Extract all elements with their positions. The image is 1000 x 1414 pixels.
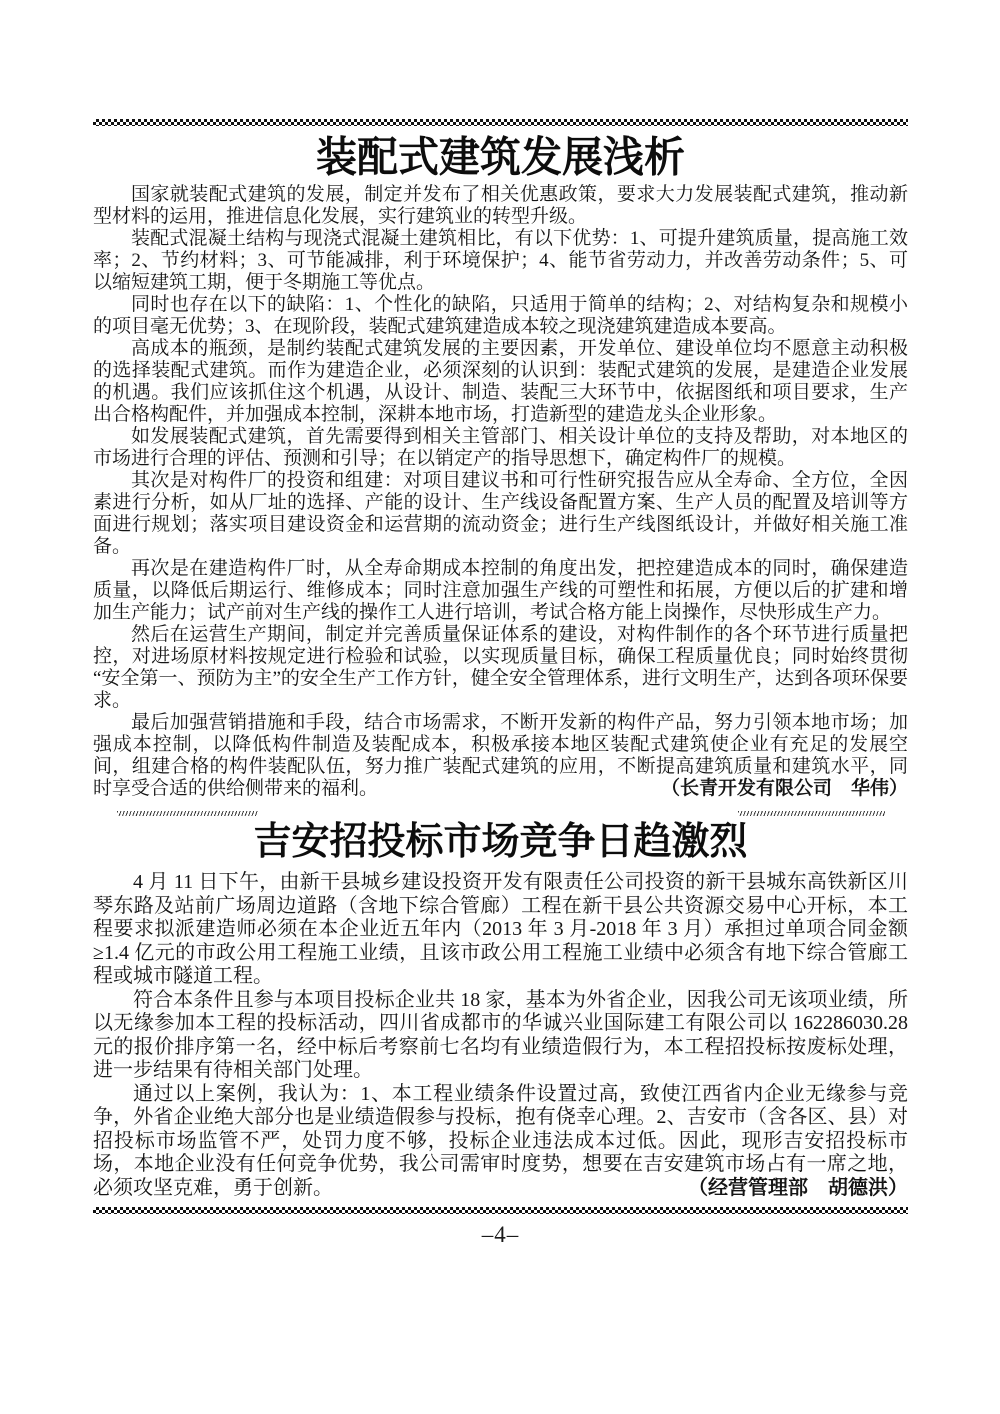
article1-title: 装配式建筑发展浅析 [93, 132, 908, 181]
article1-paragraph-8: 然后在运营生产期间，制定并完善质量保证体系的建设，对构件制作的各个环节进行质量把… [93, 624, 908, 712]
article1-paragraph-2: 装配式混凝土结构与现浇式混凝土建筑相比，有以下优势：1、可提升建筑质量，提高施工… [93, 228, 908, 294]
article1-paragraph-6: 其次是对构件厂的投资和组建：对项目建议书和可行性研究报告应从全寿命、全方位，全因… [93, 470, 908, 558]
article1-attribution: （长青开发有限公司 华伟） [661, 778, 908, 800]
article1-paragraph-1: 国家就装配式建筑的发展，制定并发布了相关优惠政策，要求大力发展装配式建筑，推动新… [93, 184, 908, 228]
article2-title: 吉安招投标市场竞争日趋激烈 [93, 819, 908, 866]
article2-attribution: （经营管理部 胡德洪） [688, 1177, 908, 1201]
page-number: –4– [93, 1222, 908, 1248]
article-divider [93, 808, 908, 818]
article2-paragraph-1: 4 月 11 日下午，由新干县城乡建设投资开发有限责任公司投资的新干县城东高铁新… [93, 871, 908, 989]
article1-paragraph-5: 如发展装配式建筑，首先需要得到相关主管部门、相关设计单位的支持及帮助，对本地区的… [93, 426, 908, 470]
hatch-divider-right [738, 811, 885, 816]
article1-paragraph-7: 再次是在建造构件厂时，从全寿命期成本控制的角度出发，把控建造成本的同时，确保建造… [93, 558, 908, 624]
article-bidding-market: 吉安招投标市场竞争日趋激烈 4 月 11 日下午，由新干县城乡建设投资开发有限责… [93, 819, 908, 1200]
article1-paragraph-9: 最后加强营销措施和手段，结合市场需求，不断开发新的构件产品，努力引领本地市场；加… [93, 712, 908, 800]
top-border-rule [93, 119, 908, 126]
article2-paragraph-2: 符合本条件且参与本项目投标企业共 18 家，基本为外省企业，因我公司无该项业绩，… [93, 989, 908, 1083]
document-page: 装配式建筑发展浅析 国家就装配式建筑的发展，制定并发布了相关优惠政策，要求大力发… [0, 0, 1000, 1248]
article2-paragraph-3: 通过以上案例，我认为：1、本工程业绩条件设置过高，致使江西省内企业无缘参与竞争，… [93, 1083, 908, 1201]
bottom-border-rule [93, 1207, 908, 1214]
article1-paragraph-4: 高成本的瓶颈，是制约装配式建筑发展的主要因素，开发单位、建设单位均不愿意主动积极… [93, 338, 908, 426]
article-assembly-building: 装配式建筑发展浅析 国家就装配式建筑的发展，制定并发布了相关优惠政策，要求大力发… [93, 133, 908, 800]
hatch-divider-left [117, 811, 258, 816]
article1-paragraph-3: 同时也存在以下的缺陷：1、个性化的缺陷，只适用于简单的结构；2、对结构复杂和规模… [93, 294, 908, 338]
